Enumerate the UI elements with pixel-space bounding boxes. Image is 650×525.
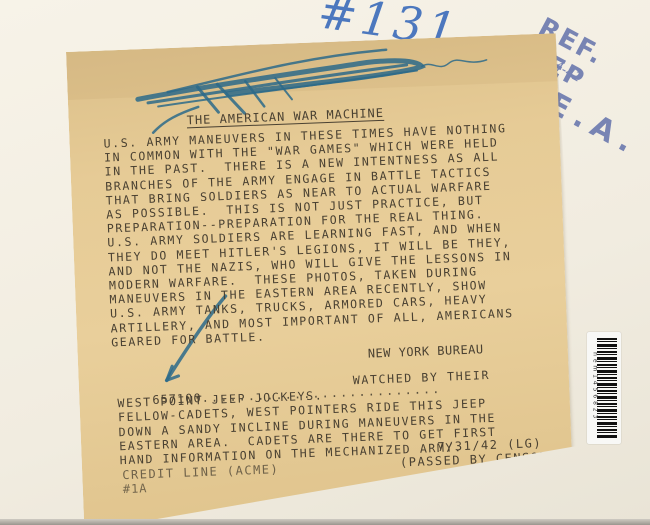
archive-barcode-label: n e m 1 4 5 6 8 2 3 [587,332,621,444]
caption-slip: THE AMERICAN WAR MACHINE U.S. ARMY MANEU… [66,33,574,525]
story-body: U.S. ARMY MANEUVERS IN THESE TIMES HAVE … [103,121,514,349]
scanner-edge [0,519,650,525]
headline: THE AMERICAN WAR MACHINE [186,106,384,128]
serial-number: #1A [123,481,148,496]
barcode-icon [597,338,617,438]
bureau-name: NEW YORK BUREAU [368,342,484,360]
barcode-text: n e m 1 4 5 6 8 2 3 [592,336,599,436]
